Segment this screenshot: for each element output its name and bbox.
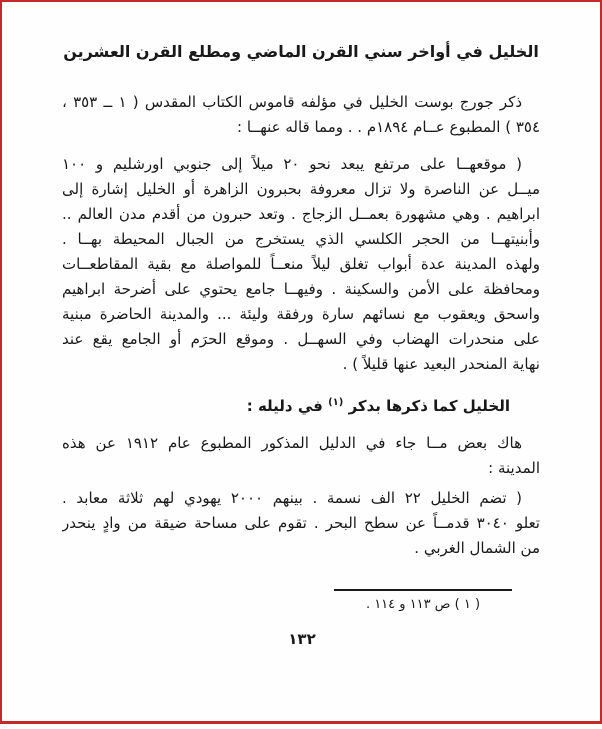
text-line: من الشمال الغربي . (62, 536, 540, 561)
footnote-divider-rule (334, 589, 512, 591)
guide-intro-paragraph: هاك بعض مــا جاء في الدليل المذكور المطب… (62, 431, 540, 481)
text-line: وأبنيتهــا من الحجر الكلسي الذي يستخرج م… (62, 227, 540, 252)
scanned-book-page: الخليل في أواخر سني القرن الماضي ومطلع ا… (0, 0, 602, 724)
text-line: على منحدرات الهضاب وفي السهــل . وموقع ا… (62, 327, 540, 352)
text-line: هاك بعض مــا جاء في الدليل المذكور المطب… (62, 431, 540, 456)
page-number: ١٣٢ (247, 630, 357, 648)
text-line: ( تضم الخليل ٢٢ الف نسمة . بينهم ٢٠٠٠ يه… (62, 486, 540, 511)
text-line: المدينة : (62, 456, 540, 481)
quote-paragraph-bost: ( موقعهــا على مرتفع يبعد نحو ٢٠ ميلاً إ… (62, 152, 540, 377)
intro-paragraph: ذكر جورج بوست الخليل في مؤلفه قاموس الكت… (62, 90, 540, 140)
subheading-text: الخليل كما ذكرها بدكر (343, 397, 510, 415)
page-content: الخليل في أواخر سني القرن الماضي ومطلع ا… (2, 2, 600, 615)
text-line: ( موقعهــا على مرتفع يبعد نحو ٢٠ ميلاً إ… (62, 152, 540, 177)
section-subheading: الخليل كما ذكرها بدكر (١) في دليله : (62, 390, 540, 419)
chapter-title: الخليل في أواخر سني القرن الماضي ومطلع ا… (62, 40, 540, 64)
text-line: ابراهيم . وهي مشهورة بعمــل الزجاج . وتع… (62, 202, 540, 227)
footnote-text: ( ١ ) ص ١١٣ و ١١٤ . (334, 595, 512, 615)
text-line: تعلو ٣٠٤٠ قدمــاً عن سطح البحر . تقوم عل… (62, 511, 540, 536)
text-line: ذكر جورج بوست الخليل في مؤلفه قاموس الكت… (62, 90, 540, 115)
footnote-reference-marker: (١) (328, 397, 343, 408)
footnote-block: ( ١ ) ص ١١٣ و ١١٤ . (62, 589, 540, 615)
quote-paragraph-baedeker: ( تضم الخليل ٢٢ الف نسمة . بينهم ٢٠٠٠ يه… (62, 486, 540, 561)
text-line: ولهذه المدينة عدة أبواب تغلق ليلاً منعــ… (62, 252, 540, 277)
text-line: نهاية المنحدر البعيد عنها قليلاً ) . (62, 352, 540, 377)
text-line: واسحق ويعقوب مع نسائهم سارة ورفقة وليئة … (62, 302, 540, 327)
subheading-text-tail: في دليله : (247, 397, 328, 415)
text-line: ٣٥٤ ) المطبوع عــام ١٨٩٤م . . ومما قاله … (62, 115, 540, 140)
text-line: ميــل عن الناصرة ولا تزال معروفة بحبرون … (62, 177, 540, 202)
text-line: ومحافظة على الأمن والسكينة . وفيهــا جام… (62, 277, 540, 302)
